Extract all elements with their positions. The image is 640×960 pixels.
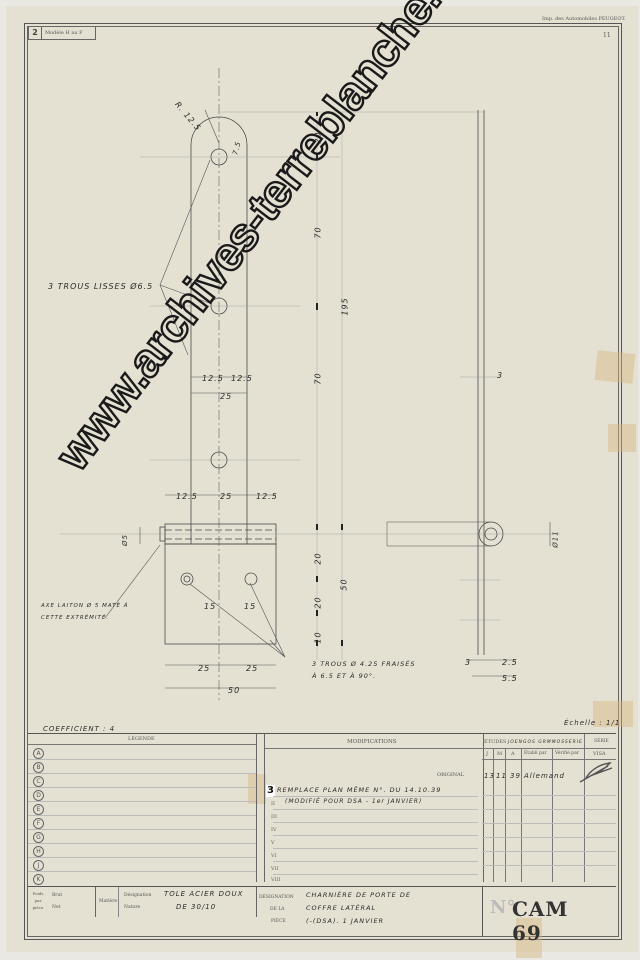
legend-row-marker: B [33,762,44,773]
drawing-number: CAM 69 [512,897,616,945]
dim-width-total: 25 [220,392,232,401]
dim-knuckle-left: 12.5 [176,492,198,501]
roman-row: III [271,814,277,820]
dim-lower-right: 15 [244,602,256,611]
vdim-mid2: 70 [314,372,323,384]
drawing-number-section: N° CAM 69 [482,886,616,937]
drawing-sheet: 2 Modèle H au F Imp. des Automobiles PEU… [6,6,638,952]
piece-line3: (-(DSA). 1 JANVIER [306,917,384,925]
legend-row-marker: G [33,832,44,843]
roman-row: VII [271,866,279,872]
vdim-mid1: 70 [314,226,323,238]
legend-row-marker: H [33,846,44,857]
side-bottom-left: 3 [465,658,471,667]
pin-note-line1: AXE LAITON Ø 5 MATÉ À [41,603,129,609]
piece-label-2: DE LA [270,907,285,912]
legend-row-marker: J [33,860,44,871]
piece-line1: CHARNIÈRE DE PORTE DE [306,891,411,899]
dim-bottom-right: 25 [246,664,258,673]
modification-line2: (MODIFIÉ POUR DSA - 1er JANVIER) [285,798,422,805]
legend-header: LÉGENDE [128,736,155,742]
studies-section: ÉTUDES JOENGOS GRMMOSSERIE SÉRIE J M A É… [482,734,616,882]
original-label: ORIGINAL [437,772,464,778]
weight-material-section: Poids par pièce Brut Net Matière Désigna… [28,886,257,917]
side-bottom-right: 2.5 [502,658,518,667]
piece-line2: COFFRE LATÉRAL [306,904,376,912]
dim-knuckle-right: 12.5 [256,492,278,501]
weight-label: Poids par pièce [30,890,46,911]
legend-row-marker: D [33,790,44,801]
dim-bottom-left: 25 [198,664,210,673]
visa-signature-icon [578,760,614,786]
piece-label-1: DÉSIGNATION [259,895,294,900]
coefficient-label: COEFFICIENT : 4 [43,725,115,733]
col-header-visa: VISA [593,751,606,757]
vdim-lower-total: 50 [340,578,349,590]
vdim-overall: 195 [341,297,350,315]
study-day: 13 [484,772,495,780]
holes-note: 3 TROUS LISSES Ø6.5 [48,282,153,291]
studies-label: ÉTUDES [484,739,506,745]
nature-label: Nature [124,905,140,910]
piece-label-3: PIÈCE [271,919,286,924]
scale-label: Échelle : 1/1 [564,719,620,727]
pin-note-line2: CETTE EXTRÉMITÉ. [41,615,109,621]
modifications-section: MODIFICATIONS ORIGINAL 3 REMPLACE PLAN M… [264,734,484,882]
material-value-line2: DE 30/10 [176,903,216,911]
dim-knuckle-center: 25 [220,492,232,501]
roman-row: VI [271,853,277,859]
piece-section: DÉSIGNATION DE LA PIÈCE CHARNIÈRE DE POR… [256,886,483,937]
modification-line1: REMPLACE PLAN MÊME N°. DU 14.10.39 [277,786,441,794]
legend-rows: A B C D E F G H J K [28,746,256,884]
dim-width-half-left: 12.5 [202,374,224,383]
col-header-verified: Vérifié par [555,751,579,756]
material-label: Matière [99,899,117,904]
col-header-established: Établi par [524,751,547,756]
study-year: 39 [510,772,521,780]
visa-header-top: SÉRIE [594,739,609,744]
studies-dept: JOENGOS GRMMOSSERIE [508,740,583,745]
designation-label: Désignation [124,893,151,898]
dim-width-half-right: 12.5 [231,374,253,383]
col-header-day: J [486,751,488,757]
side-bottom-total: 5.5 [502,674,518,683]
legend-row-marker: E [33,804,44,815]
col-header-year: A [511,751,515,757]
modifications-header: MODIFICATIONS [347,739,397,745]
side-thickness: 3 [497,371,503,380]
countersunk-note-line1: 3 TROUS Ø 4.25 FRAISÉS [312,660,415,668]
vdim-lower1: 20 [314,552,323,564]
countersunk-note-line2: À 6.5 ET À 90°. [312,672,376,680]
studies-header: ÉTUDES JOENGOS GRMMOSSERIE [484,739,583,745]
dim-pin-dia: Ø5 [121,534,129,546]
study-established-by: Allemand [524,772,565,780]
legend-row-marker: A [33,748,44,759]
dim-bottom-total: 50 [228,686,240,695]
legend-section: LÉGENDE A B C D E F G H J K [28,734,257,882]
net-label: Net [52,905,60,910]
roman-row: IV [271,827,277,833]
material-value-line1: TOLE ACIER DOUX [164,890,243,898]
legend-row-marker: F [33,818,44,829]
col-header-month: M [497,751,502,757]
dim-lower-left: 15 [204,602,216,611]
roman-row: II [271,801,275,807]
legend-row-marker: K [33,874,44,885]
legend-row-marker: C [33,776,44,787]
title-block: LÉGENDE A B C D E F G H J K MODIFICATION… [28,733,616,936]
roman-row: VIII [271,877,281,883]
study-month: 11 [496,772,507,780]
roman-row: V [271,840,275,846]
vdim-lower2: 20 [314,596,323,608]
vdim-lower3: 10 [314,631,323,643]
side-knuckle-dia: Ø11 [552,530,560,547]
gross-label: Brut [52,893,62,898]
